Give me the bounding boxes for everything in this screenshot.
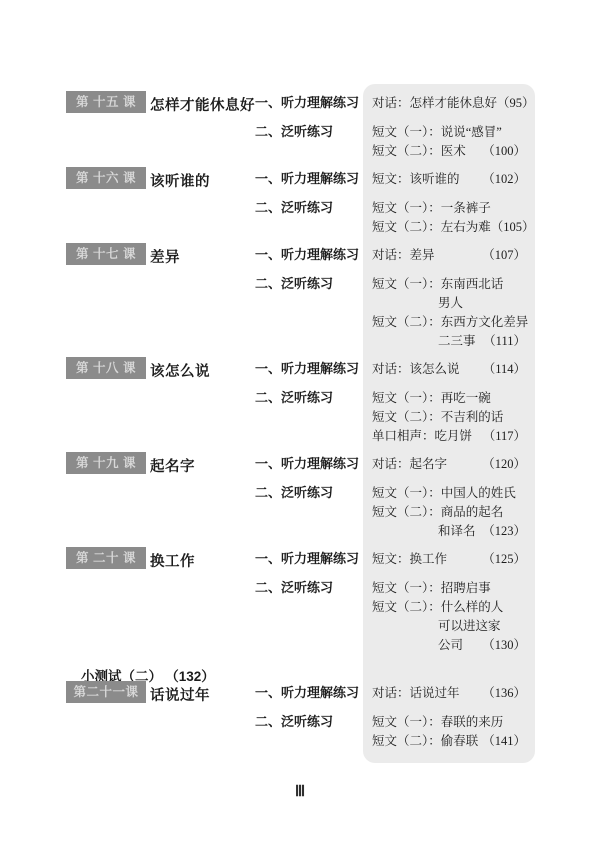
- entry-page: （100）: [482, 142, 526, 161]
- toc-entry: 短文（一）：说说“感冒”: [372, 123, 526, 142]
- entry-text: 短文（二）：左右为难: [372, 218, 491, 237]
- exercise-line-1: 一、听力理解练习: [255, 171, 373, 187]
- entry-text: 短文（一）：中国人的姓氏: [372, 484, 516, 503]
- lesson-row-15: 第 十五 课 怎样才能休息好 一、听力理解练习 二、泛听练习: [66, 91, 366, 151]
- exercise-list: 一、听力理解练习 二、泛听练习: [255, 361, 373, 406]
- toc-entry: 短文（一）：中国人的姓氏: [372, 484, 526, 503]
- exercise-list: 一、听力理解练习 二、泛听练习: [255, 551, 373, 596]
- exercise-line-2: 二、泛听练习: [255, 485, 373, 501]
- entry-page: （136）: [482, 684, 526, 703]
- toc-entry-continuation: 二三事（111）: [372, 332, 526, 351]
- entry-page: （141）: [482, 732, 526, 751]
- toc-entry: 短文：换工作（125）: [372, 550, 526, 569]
- toc-entry: 短文（一）：招聘启事: [372, 579, 526, 598]
- entry-text: 公司: [438, 636, 463, 655]
- entry-page: （114）: [483, 360, 526, 379]
- toc-entry: 短文（二）：不吉利的话: [372, 408, 526, 427]
- lesson-title: 起名字: [150, 455, 195, 476]
- entry-text: 对话：怎样才能休息好: [372, 94, 497, 113]
- lesson-number-badge: 第 二十 课: [66, 547, 146, 569]
- lesson-title: 该听谁的: [150, 170, 210, 191]
- toc-group-lesson-16: 短文：该听谁的（102） 短文（一）：一条裤子 短文（二）：左右为难（105）: [372, 170, 526, 237]
- entry-text: 短文（二）：东西方文化差异: [372, 313, 528, 332]
- lesson-number-badge: 第 十六 课: [66, 167, 146, 189]
- toc-entry: 对话：起名字（120）: [372, 455, 526, 474]
- exercise-line-1: 一、听力理解练习: [255, 456, 373, 472]
- page-number: Ⅲ: [0, 782, 600, 801]
- lesson-title: 话说过年: [150, 684, 210, 705]
- entry-page: （125）: [482, 550, 526, 569]
- entry-text: 可以进这家: [438, 617, 501, 636]
- toc-entry-continuation: 可以进这家: [372, 617, 526, 636]
- toc-entry: 短文：该听谁的（102）: [372, 170, 526, 189]
- entry-page: （130）: [482, 636, 526, 655]
- toc-group-lesson-20: 短文：换工作（125） 短文（一）：招聘启事 短文（二）：什么样的人 可以进这家…: [372, 550, 526, 655]
- entry-text: 短文（一）：再吃一碗: [372, 389, 491, 408]
- toc-entry: 短文（二）：偷春联（141）: [372, 732, 526, 751]
- entry-text: 短文（二）：商品的起名: [372, 503, 503, 522]
- toc-content-panel: 对话：怎样才能休息好（95） 短文（一）：说说“感冒” 短文（二）：医术（100…: [363, 84, 535, 763]
- entry-text: 短文（二）：不吉利的话: [372, 408, 503, 427]
- entry-text: 短文（一）：东南西北话: [372, 275, 503, 294]
- entry-page: （105）: [491, 218, 535, 237]
- entry-page: （102）: [482, 170, 526, 189]
- toc-entry: 对话：该怎么说（114）: [372, 360, 526, 379]
- entry-text: 和译名: [438, 522, 476, 541]
- lesson-title: 怎样才能休息好: [150, 94, 255, 115]
- entry-text: 单口相声：吃月饼: [372, 427, 472, 446]
- entry-text: 二三事: [438, 332, 476, 351]
- entry-text: 短文（一）：一条裤子: [372, 199, 491, 218]
- entry-text: 短文（二）：偷春联: [372, 732, 478, 751]
- toc-entry: 短文（一）：春联的来历: [372, 713, 526, 732]
- entry-page: （117）: [483, 427, 526, 446]
- toc-entry: 对话：怎样才能休息好（95）: [372, 94, 526, 113]
- lesson-number-badge: 第 十九 课: [66, 452, 146, 474]
- entry-text: 对话：该怎么说: [372, 360, 460, 379]
- exercise-list: 一、听力理解练习 二、泛听练习: [255, 247, 373, 292]
- lesson-title: 换工作: [150, 550, 195, 571]
- entry-text: 短文：该听谁的: [372, 170, 460, 189]
- exercise-line-1: 一、听力理解练习: [255, 361, 373, 377]
- toc-entry: 短文（二）：商品的起名: [372, 503, 526, 522]
- exercise-list: 一、听力理解练习 二、泛听练习: [255, 456, 373, 501]
- toc-entry-continuation: 男人: [372, 294, 526, 313]
- toc-group-lesson-17: 对话：差异（107） 短文（一）：东南西北话 男人 短文（二）：东西方文化差异 …: [372, 246, 526, 351]
- exercise-line-2: 二、泛听练习: [255, 390, 373, 406]
- entry-page: （111）: [483, 332, 526, 351]
- lesson-number-badge: 第 十八 课: [66, 357, 146, 379]
- toc-entry: 短文（一）：东南西北话: [372, 275, 526, 294]
- exercise-list: 一、听力理解练习 二、泛听练习: [255, 171, 373, 216]
- lesson-row-16: 第 十六 课 该听谁的 一、听力理解练习 二、泛听练习: [66, 167, 366, 227]
- entry-page: （107）: [482, 246, 526, 265]
- toc-entry: 对话：话说过年（136）: [372, 684, 526, 703]
- entry-text: 短文：换工作: [372, 550, 447, 569]
- entry-text: 对话：差异: [372, 246, 435, 265]
- toc-group-lesson-21: 对话：话说过年（136） 短文（一）：春联的来历 短文（二）：偷春联（141）: [372, 684, 526, 751]
- exercise-line-1: 一、听力理解练习: [255, 551, 373, 567]
- entry-text: 男人: [438, 294, 463, 313]
- entry-text: 对话：起名字: [372, 455, 447, 474]
- toc-entry: 短文（二）：东西方文化差异: [372, 313, 526, 332]
- lesson-number-badge: 第二十一课: [66, 681, 146, 703]
- exercise-line-2: 二、泛听练习: [255, 580, 373, 596]
- toc-group-lesson-18: 对话：该怎么说（114） 短文（一）：再吃一碗 短文（二）：不吉利的话 单口相声…: [372, 360, 526, 446]
- toc-entry: 短文（二）：医术（100）: [372, 142, 526, 161]
- exercise-line-1: 一、听力理解练习: [255, 685, 373, 701]
- toc-entry: 对话：差异（107）: [372, 246, 526, 265]
- exercise-line-2: 二、泛听练习: [255, 124, 373, 140]
- toc-page: 第 十五 课 怎样才能休息好 一、听力理解练习 二、泛听练习 第 十六 课 该听…: [0, 0, 600, 843]
- lesson-row-17: 第 十七 课 差异 一、听力理解练习 二、泛听练习: [66, 243, 366, 303]
- lesson-number-badge: 第 十七 课: [66, 243, 146, 265]
- entry-text: 短文（一）：春联的来历: [372, 713, 503, 732]
- lesson-number-badge: 第 十五 课: [66, 91, 146, 113]
- lesson-title: 差异: [150, 246, 180, 267]
- toc-entry-continuation: 公司（130）: [372, 636, 526, 655]
- lesson-row-20: 第 二十 课 换工作 一、听力理解练习 二、泛听练习: [66, 547, 366, 607]
- exercise-list: 一、听力理解练习 二、泛听练习: [255, 95, 373, 140]
- entry-text: 短文（一）：说说“感冒”: [372, 123, 502, 142]
- lesson-title: 该怎么说: [150, 360, 210, 381]
- exercise-list: 一、听力理解练习 二、泛听练习: [255, 685, 373, 730]
- entry-page: （123）: [482, 522, 526, 541]
- exercise-line-1: 一、听力理解练习: [255, 95, 373, 111]
- toc-entry: 短文（一）：一条裤子: [372, 199, 526, 218]
- exercise-line-2: 二、泛听练习: [255, 276, 373, 292]
- toc-group-lesson-19: 对话：起名字（120） 短文（一）：中国人的姓氏 短文（二）：商品的起名 和译名…: [372, 455, 526, 541]
- toc-entry-continuation: 和译名（123）: [372, 522, 526, 541]
- entry-page: （120）: [482, 455, 526, 474]
- entry-page: （95）: [497, 94, 535, 113]
- exercise-line-1: 一、听力理解练习: [255, 247, 373, 263]
- entry-text: 对话：话说过年: [372, 684, 460, 703]
- lesson-row-21: 第二十一课 话说过年 一、听力理解练习 二、泛听练习: [66, 681, 366, 741]
- toc-entry: 短文（一）：再吃一碗: [372, 389, 526, 408]
- toc-entry: 短文（二）：左右为难（105）: [372, 218, 526, 237]
- entry-text: 短文（二）：什么样的人: [372, 598, 503, 617]
- entry-text: 短文（二）：医术: [372, 142, 466, 161]
- exercise-line-2: 二、泛听练习: [255, 200, 373, 216]
- exercise-line-2: 二、泛听练习: [255, 714, 373, 730]
- lesson-row-18: 第 十八 课 该怎么说 一、听力理解练习 二、泛听练习: [66, 357, 366, 417]
- toc-entry: 短文（二）：什么样的人: [372, 598, 526, 617]
- entry-text: 短文（一）：招聘启事: [372, 579, 491, 598]
- lesson-row-19: 第 十九 课 起名字 一、听力理解练习 二、泛听练习: [66, 452, 366, 512]
- toc-entry: 单口相声：吃月饼（117）: [372, 427, 526, 446]
- toc-group-lesson-15: 对话：怎样才能休息好（95） 短文（一）：说说“感冒” 短文（二）：医术（100…: [372, 94, 526, 161]
